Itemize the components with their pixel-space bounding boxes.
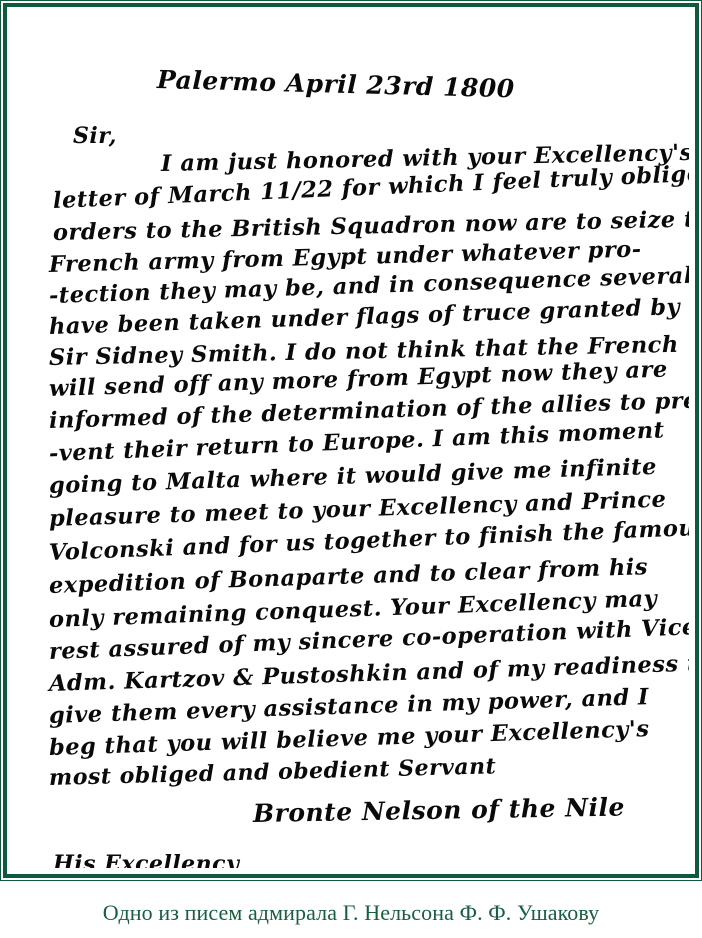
handwritten-letter: Palermo April 23rd 1800 Sir, I am just h…	[13, 13, 689, 868]
letter-dateline: Palermo April 23rd 1800	[157, 65, 515, 103]
figure-caption: Одно из писем адмирала Г. Нельсона Ф. Ф.…	[0, 900, 702, 926]
letter-closing: most obliged and obedient Servant	[49, 753, 497, 791]
letter-addressee-title: His Excellency	[53, 851, 239, 868]
letter-salutation: Sir,	[73, 123, 117, 149]
document-frame-inner: Palermo April 23rd 1800 Sir, I am just h…	[3, 3, 699, 878]
letter-signature: Bronte Nelson of the Nile	[253, 793, 625, 828]
document-frame-outer: Palermo April 23rd 1800 Sir, I am just h…	[0, 0, 702, 881]
